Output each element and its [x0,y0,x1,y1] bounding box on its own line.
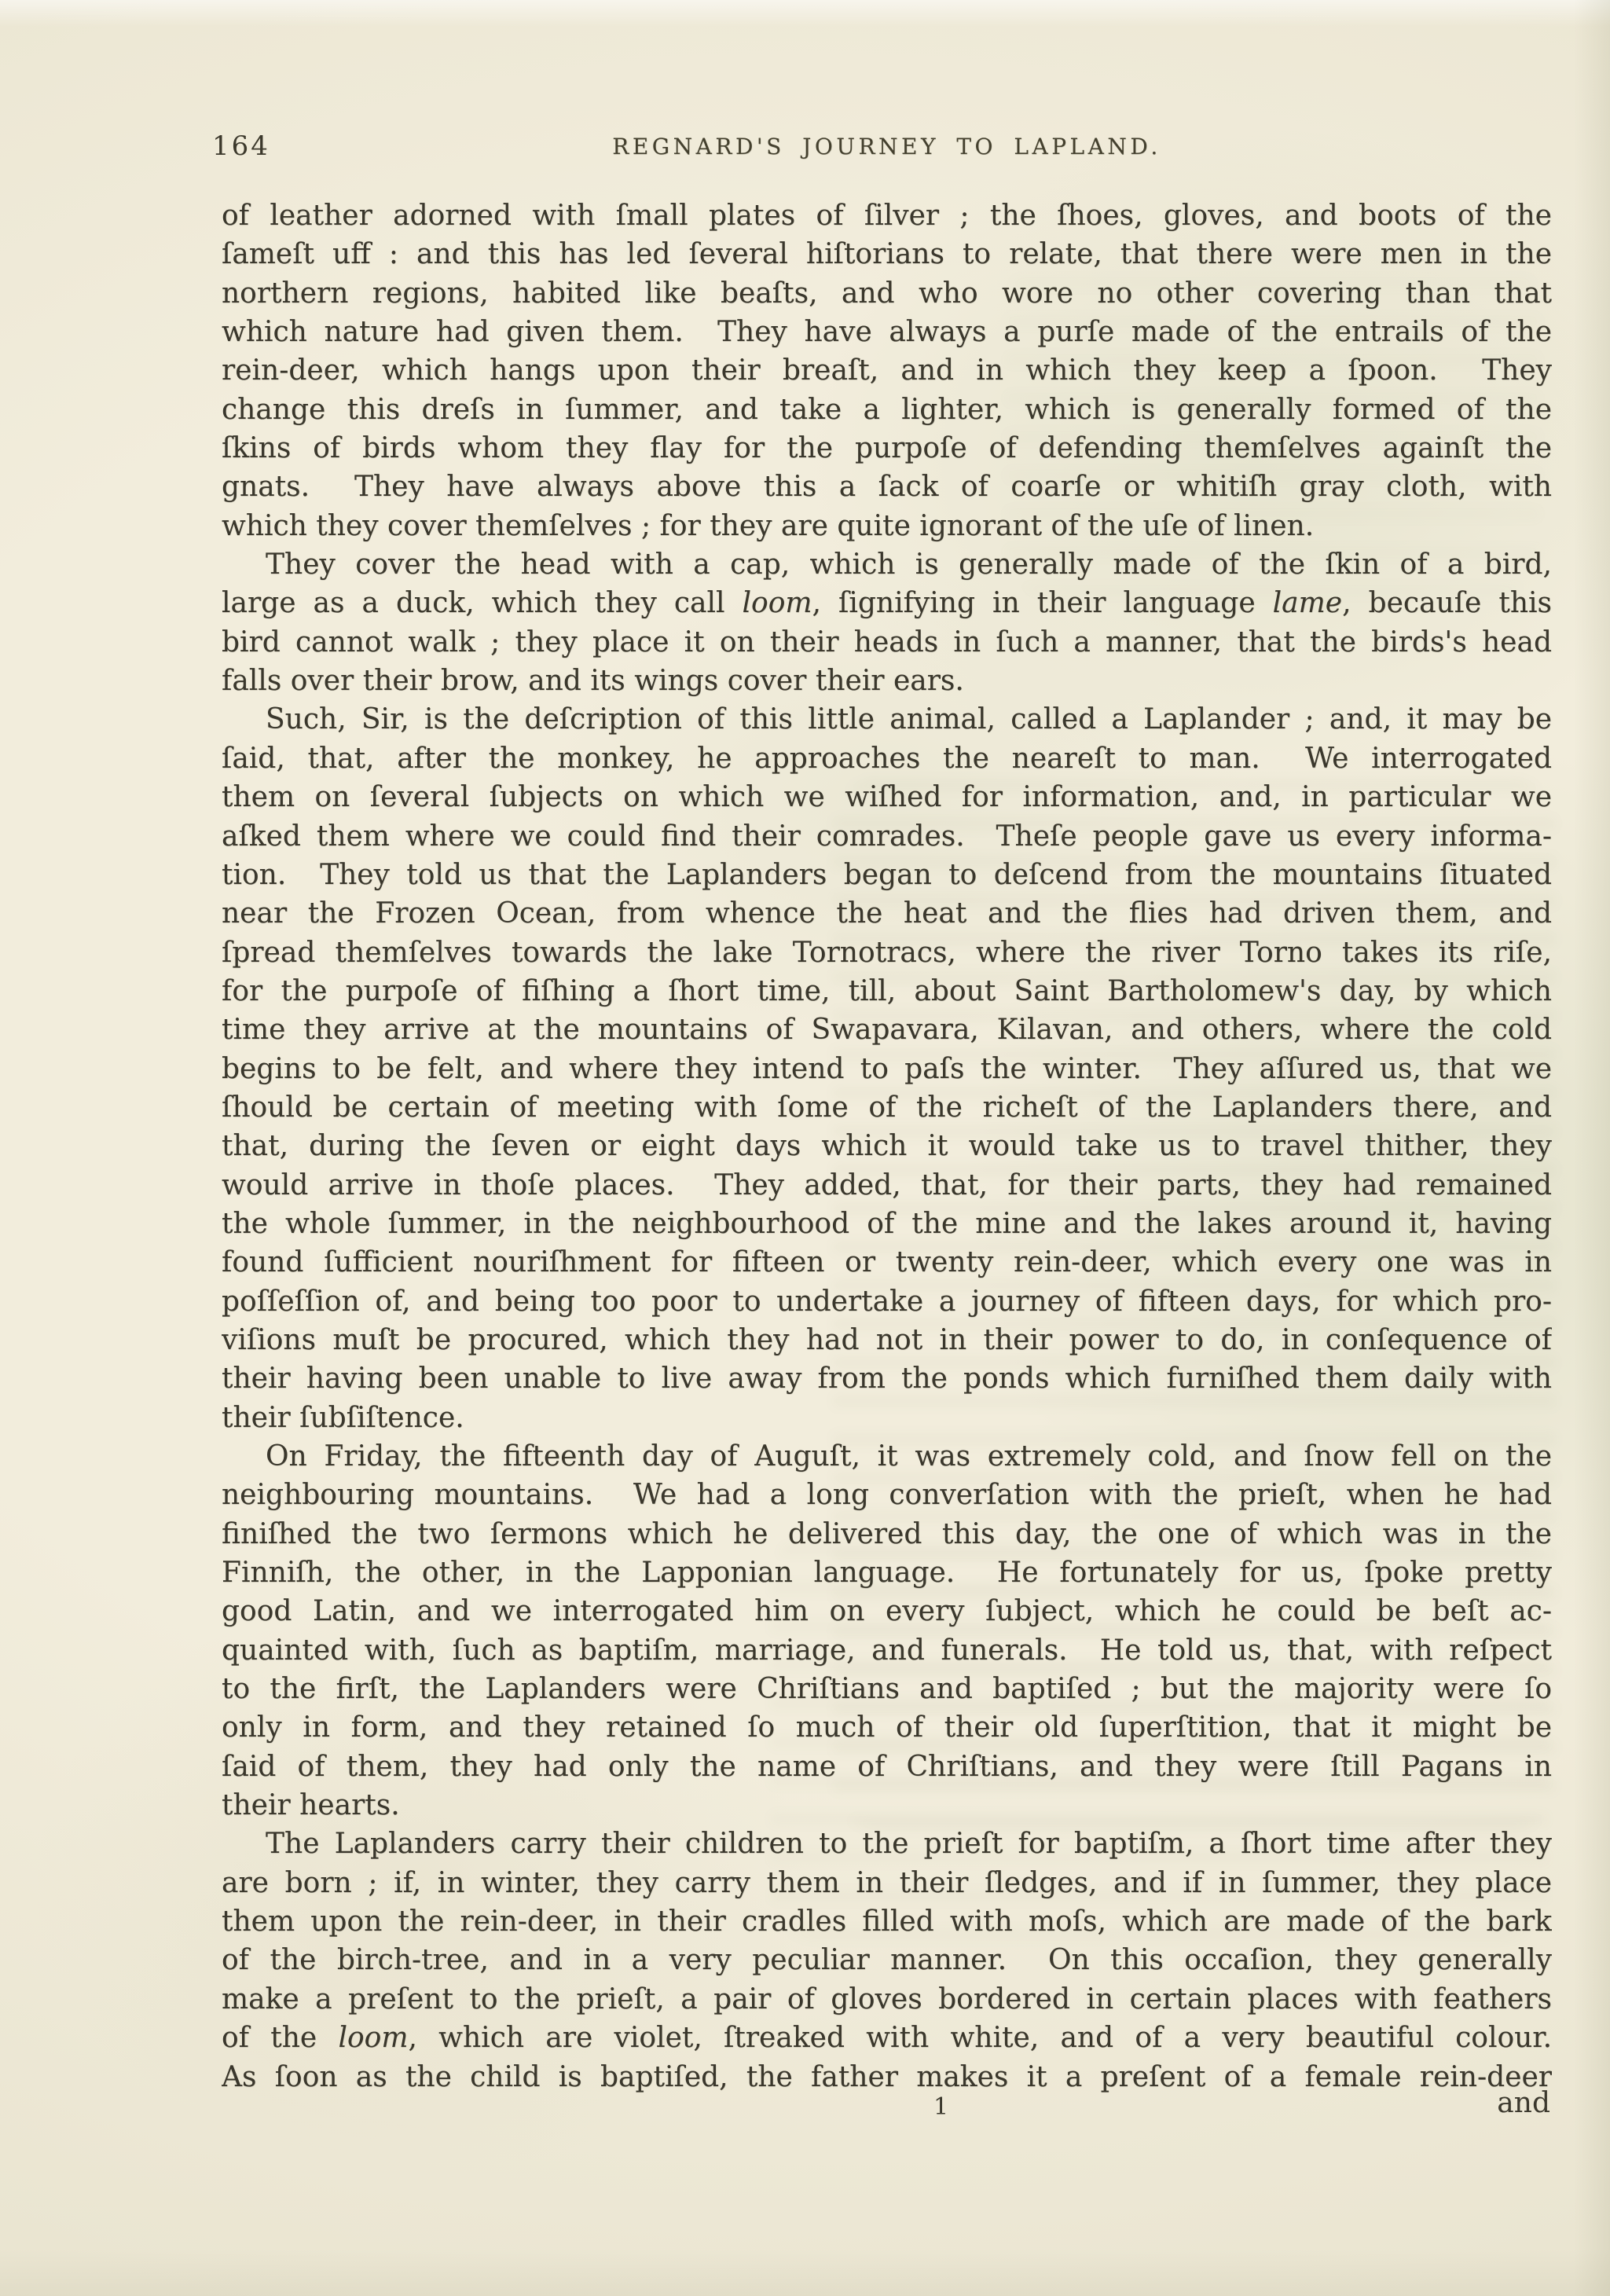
text-run: only in form, and they retained ſo much … [222,1711,1552,1744]
text-run: ſaid, that, after the monkey, he approac… [222,743,1552,775]
text-run: them on ſeveral ſubjects on which we wiſ… [222,781,1552,813]
text-run: tion. They told us that the Laplanders b… [222,859,1552,891]
text-run: ſhould be certain of meeting with ſome o… [222,1091,1552,1124]
paragraph: They cover the head with a cap, which is… [222,545,1552,700]
text-run: The Laplanders carry their children to t… [266,1828,1552,1860]
text-line: only in form, and they retained ſo much … [222,1708,1552,1747]
text-line: change this dreſs in ſummer, and take a … [222,391,1552,429]
text-line: ſpread themſelves towards the lake Torno… [222,933,1552,972]
text-run: finiſhed the two ſermons which he delive… [222,1518,1552,1550]
text-run: time they arrive at the mountains of Swa… [222,1014,1552,1046]
paragraph: On Friday, the fifteenth day of Auguſt, … [222,1437,1552,1825]
text-run: , which are violet, ſtreaked with white,… [408,2022,1552,2054]
text-run: good Latin, and we interrogated him on e… [222,1595,1552,1627]
text-line: their hearts. [222,1786,1552,1825]
text-line: As ſoon as the child is baptiſed, the fa… [222,2058,1552,2096]
text-line: to the firſt, the Laplanders were Chriſt… [222,1670,1552,1708]
text-run: ſaid of them, they had only the name of … [222,1751,1552,1783]
text-line: neighbouring mountains. We had a long co… [222,1476,1552,1514]
text-line: The Laplanders carry their children to t… [222,1825,1552,1863]
text-line: which nature had given them. They have a… [222,313,1552,351]
running-title: REGNARD'S JOURNEY TO LAPLAND. [222,134,1552,160]
text-run: As ſoon as the child is baptiſed, the fa… [222,2061,1552,2093]
text-line: that, during the ſeven or eight days whi… [222,1127,1552,1165]
text-run: their hearts. [222,1789,400,1821]
text-run: of the [222,2022,338,2054]
text-run: found ſufficient nouriſhment for fifteen… [222,1246,1552,1278]
text-line: rein-deer, which hangs upon their breaſt… [222,351,1552,390]
text-line: viſions muſt be procured, which they had… [222,1321,1552,1359]
text-line: found ſufficient nouriſhment for fifteen… [222,1243,1552,1282]
text-line: of the loom, which are violet, ſtreaked … [222,2019,1552,2057]
text-run: would arrive in thoſe places. They added… [222,1169,1552,1201]
text-run: aſked them where we could find their com… [222,820,1552,853]
text-run: that, during the ſeven or eight days whi… [222,1130,1552,1162]
text-line: They cover the head with a cap, which is… [222,545,1552,584]
catchword: and [1497,2087,1550,2119]
text-run: them upon the rein-deer, in their cradle… [222,1905,1552,1938]
text-run: quainted with, ſuch as baptiſm, marriage… [222,1634,1552,1667]
text-run: begins to be felt, and where they intend… [222,1053,1552,1085]
signature-mark: 1 [933,2093,948,2121]
text-line: tion. They told us that the Laplanders b… [222,856,1552,894]
italic-run: loom [743,587,812,619]
paragraph: of leather adorned with ſmall plates of … [222,196,1552,545]
text-run: their having been unable to live away fr… [222,1363,1552,1395]
text-run: near the Frozen Ocean, from whence the h… [222,897,1552,930]
text-run: to the firſt, the Laplanders were Chriſt… [222,1673,1552,1705]
text-line: Such, Sir, is the deſcription of this li… [222,700,1552,739]
text-run: make a preſent to the prieſt, a pair of … [222,1983,1552,2015]
text-run: , becauſe this [1342,587,1552,619]
text-line: the whole ſummer, in the neighbourhood o… [222,1205,1552,1243]
text-line: finiſhed the two ſermons which he delive… [222,1515,1552,1553]
text-run: gnats. They have always above this a ſac… [222,471,1552,503]
text-line: of leather adorned with ſmall plates of … [222,196,1552,235]
text-line: ſhould be certain of meeting with ſome o… [222,1088,1552,1127]
text-run: change this dreſs in ſummer, and take a … [222,394,1552,426]
text-line: gnats. They have always above this a ſac… [222,468,1552,506]
text-line: would arrive in thoſe places. They added… [222,1166,1552,1205]
text-run: falls over their brow, and its wings cov… [222,665,964,697]
text-run: their ſubſiſtence. [222,1402,464,1434]
text-run: for the purpoſe of fiſhing a ſhort time,… [222,975,1552,1007]
text-run: ſpread themſelves towards the lake Torno… [222,937,1552,969]
text-line: them upon the rein-deer, in their cradle… [222,1902,1552,1941]
text-run: bird cannot walk ; they place it on thei… [222,626,1552,658]
text-run: They cover the head with a cap, which is… [266,548,1552,581]
text-run: which they cover themſelves ; for they a… [222,510,1314,542]
page-edge-shading [1574,0,1610,2296]
text-line: ſaid, that, after the monkey, he approac… [222,739,1552,778]
text-run: poſſeſſion of, and being too poor to und… [222,1286,1552,1318]
text-run: Finniſh, the other, in the Lapponian lan… [222,1557,1552,1589]
text-line: On Friday, the fifteenth day of Auguſt, … [222,1437,1552,1476]
italic-run: loom [338,2022,408,2054]
text-run: ſkins of birds whom they flay for the pu… [222,432,1552,464]
paragraph: Such, Sir, is the deſcription of this li… [222,700,1552,1437]
text-run: which nature had given them. They have a… [222,316,1552,348]
text-line: Finniſh, the other, in the Lapponian lan… [222,1553,1552,1592]
text-line: poſſeſſion of, and being too poor to und… [222,1282,1552,1321]
page-header: 164 REGNARD'S JOURNEY TO LAPLAND. [222,126,1552,165]
italic-run: lame [1273,587,1342,619]
text-run: northern regions, habited like beaſts, a… [222,277,1552,310]
text-line: ſameſt uff : and this has led ſeveral hi… [222,235,1552,273]
text-line: make a preſent to the prieſt, a pair of … [222,1980,1552,2019]
book-page: 164 REGNARD'S JOURNEY TO LAPLAND. of lea… [0,0,1610,2296]
text-line: northern regions, habited like beaſts, a… [222,274,1552,313]
text-line: ſkins of birds whom they flay for the pu… [222,429,1552,468]
text-run: are born ; if, in winter, they carry the… [222,1867,1552,1899]
text-line: good Latin, and we interrogated him on e… [222,1592,1552,1630]
text-line: near the Frozen Ocean, from whence the h… [222,894,1552,933]
text-run: of the birch-tree, and in a very peculia… [222,1944,1552,1976]
text-line: time they arrive at the mountains of Swa… [222,1010,1552,1049]
text-line: of the birch-tree, and in a very peculia… [222,1941,1552,1979]
paragraph: The Laplanders carry their children to t… [222,1825,1552,2096]
text-run: rein-deer, which hangs upon their breaſt… [222,354,1552,387]
text-line: large as a duck, which they call loom, ſ… [222,584,1552,622]
text-run: , ſignifying in their language [812,587,1273,619]
text-line: them on ſeveral ſubjects on which we wiſ… [222,778,1552,816]
text-run: of leather adorned with ſmall plates of … [222,200,1552,232]
text-line: ſaid of them, they had only the name of … [222,1748,1552,1786]
text-line: their ſubſiſtence. [222,1399,1552,1437]
text-line: are born ; if, in winter, they carry the… [222,1864,1552,1902]
text-line: falls over their brow, and its wings cov… [222,662,1552,700]
text-line: aſked them where we could find their com… [222,817,1552,856]
text-run: neighbouring mountains. We had a long co… [222,1479,1552,1511]
text-line: which they cover themſelves ; for they a… [222,507,1552,545]
text-line: begins to be felt, and where they intend… [222,1050,1552,1088]
text-run: On Friday, the fifteenth day of Auguſt, … [266,1440,1552,1473]
text-line: bird cannot walk ; they place it on thei… [222,623,1552,662]
text-line: their having been unable to live away fr… [222,1359,1552,1398]
text-run: ſameſt uff : and this has led ſeveral hi… [222,238,1552,270]
text-line: quainted with, ſuch as baptiſm, marriage… [222,1631,1552,1670]
text-run: viſions muſt be procured, which they had… [222,1324,1552,1356]
text-line: for the purpoſe of fiſhing a ſhort time,… [222,972,1552,1010]
text-run: large as a duck, which they call [222,587,743,619]
page-edge-shading [0,2249,1610,2296]
text-block: of leather adorned with ſmall plates of … [222,196,1552,2096]
text-run: Such, Sir, is the deſcription of this li… [266,703,1552,735]
text-run: the whole ſummer, in the neighbourhood o… [222,1208,1552,1240]
